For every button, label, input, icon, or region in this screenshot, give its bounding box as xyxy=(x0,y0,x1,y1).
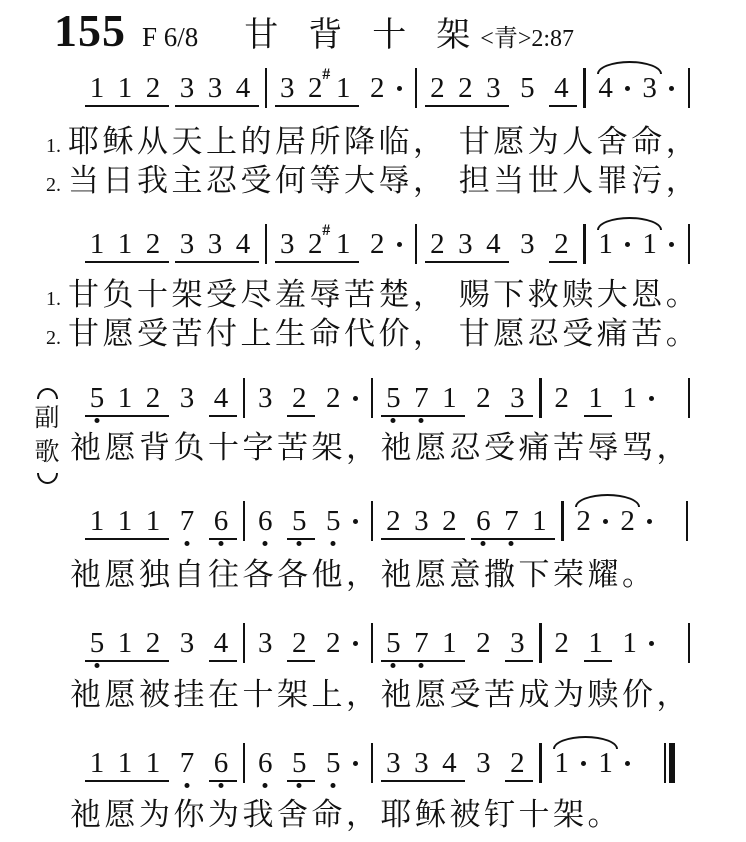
note: 2 xyxy=(425,230,449,258)
music-line-stanza-1: 11233432#122235443 xyxy=(85,60,698,108)
note-group: 6 xyxy=(253,749,281,780)
chorus-label-char-2: 歌 xyxy=(34,436,59,470)
verse-number: 2. xyxy=(46,327,61,349)
lyric-text: 甘愿受苦付上生命代价， 甘愿忍受痛苦。 xyxy=(68,316,700,351)
beamed-note-group: 234 xyxy=(425,230,509,263)
note: 2 xyxy=(141,629,165,657)
note: 3 xyxy=(515,230,539,258)
note: #1 xyxy=(331,74,355,102)
final-barline xyxy=(664,743,675,783)
hymn-number: 155 xyxy=(54,4,126,57)
final-barline-thick xyxy=(669,743,675,783)
low-octave-dot-icon xyxy=(263,783,268,788)
barline xyxy=(539,378,541,418)
note: 2 xyxy=(550,629,574,657)
music-line-chorus-3: 5123432257123211 xyxy=(85,615,698,663)
verse-number: 1. xyxy=(46,288,61,310)
note: 7 xyxy=(499,507,523,535)
note: 2 xyxy=(287,384,311,412)
lyric-text: 祂愿为你为我舍命，耶稣被钉十架。 xyxy=(70,797,622,832)
beamed-note-group: 111 xyxy=(85,507,169,540)
barline xyxy=(688,623,690,663)
note: 5 xyxy=(515,74,539,102)
note: 5 xyxy=(321,749,345,777)
note: 1 xyxy=(113,629,137,657)
note: 2 xyxy=(321,629,345,657)
note: 1 xyxy=(113,230,137,258)
beamed-note-group: 32#1 xyxy=(275,74,359,107)
beamed-note-group: 112 xyxy=(85,230,169,263)
barline xyxy=(583,224,585,264)
note: 5 xyxy=(85,384,109,412)
note: 1 xyxy=(85,749,109,777)
beamed-note-group: 6 xyxy=(209,749,237,782)
low-octave-dot-icon xyxy=(419,663,424,668)
lyric-verse-1: 1.耶稣从天上的居所降临， 甘愿为人舍命， xyxy=(46,122,700,166)
key-and-meter: F 6/8 xyxy=(142,22,198,53)
beamed-note-group: 5 xyxy=(287,749,315,782)
augmentation-dot xyxy=(393,230,405,258)
note-group: 6 xyxy=(253,507,281,538)
note-group: 2 xyxy=(365,230,409,261)
beamed-note-group: 112 xyxy=(85,74,169,107)
barline xyxy=(688,68,690,108)
note: 5 xyxy=(321,507,345,535)
augmentation-dot xyxy=(622,74,634,102)
note: 3 xyxy=(471,749,495,777)
barline xyxy=(371,743,373,783)
beamed-note-group: 571 xyxy=(381,629,465,662)
lyric-chorus-3: 祂愿被挂在十架上，祂愿受苦成为赎价， xyxy=(70,675,691,715)
note: 3 xyxy=(275,74,299,102)
lyric-text: 甘负十架受尽羞辱苦楚， 赐下救赎大恩。 xyxy=(68,277,700,312)
augmentation-dot-icon xyxy=(625,86,630,91)
note-group: 5 xyxy=(321,749,365,780)
note: 7 xyxy=(409,629,433,657)
augmentation-dot xyxy=(349,629,361,657)
note: 2 xyxy=(287,629,311,657)
note: 5 xyxy=(287,507,311,535)
beamed-note-group: 334 xyxy=(175,230,259,263)
note: 7 xyxy=(175,507,199,535)
hymn-title: 甘背十架 xyxy=(244,7,500,56)
note-group: 11 xyxy=(594,230,682,261)
note: 1 xyxy=(594,749,618,777)
note: 3 xyxy=(203,74,227,102)
augmentation-dot xyxy=(622,230,634,258)
low-octave-dot-icon xyxy=(95,418,100,423)
note: 2 xyxy=(321,384,345,412)
barline xyxy=(243,743,245,783)
beamed-note-group: 111 xyxy=(85,749,169,782)
note: 4 xyxy=(549,74,573,102)
barline xyxy=(561,501,563,541)
note: 2 xyxy=(437,507,461,535)
beamed-note-group: 5 xyxy=(287,507,315,540)
note: 3 xyxy=(409,507,433,535)
beamed-note-group: 6 xyxy=(209,507,237,540)
beamed-note-group: 4 xyxy=(209,384,237,417)
note: 7 xyxy=(175,749,199,777)
lyric-verse-2: 2.当日我主忍受何等大辱， 担当世人罪污， xyxy=(46,161,700,205)
barline xyxy=(243,623,245,663)
note: 1 xyxy=(527,507,551,535)
note-group: 2 xyxy=(471,384,499,415)
note: 6 xyxy=(209,749,233,777)
lyric-text: 耶稣从天上的居所降临， 甘愿为人舍命， xyxy=(68,124,700,159)
augmentation-dot-icon xyxy=(649,396,654,401)
beamed-note-group: 512 xyxy=(85,384,169,417)
beamed-note-group: 32#1 xyxy=(275,230,359,263)
augmentation-dot xyxy=(646,629,658,657)
note-group: 1 xyxy=(618,629,662,660)
music-line-stanza-2: 11233432#122343211 xyxy=(85,216,698,264)
low-octave-dot-icon xyxy=(297,783,302,788)
augmentation-dot-icon xyxy=(669,242,674,247)
note: 1 xyxy=(584,384,608,412)
note-group: 2 xyxy=(321,384,365,415)
augmentation-dot-icon xyxy=(647,519,652,524)
verse-number: 2. xyxy=(46,174,61,196)
note-group: 11 xyxy=(550,749,638,780)
low-octave-dot-icon xyxy=(219,783,224,788)
note: 1 xyxy=(113,507,137,535)
note-group: 22 xyxy=(572,507,660,538)
note-group: 2 xyxy=(471,629,499,660)
beamed-note-group: 232 xyxy=(381,507,465,540)
augmentation-dot xyxy=(646,384,658,412)
hymn-reference: <青>2:87 xyxy=(480,18,574,53)
lyric-chorus-2: 祂愿独自往各各他，祂愿意撒下荣耀。 xyxy=(70,555,657,595)
note-group: 3 xyxy=(253,384,281,415)
low-octave-dot-icon xyxy=(331,783,336,788)
augmentation-dot-icon xyxy=(581,761,586,766)
barline xyxy=(539,743,541,783)
low-octave-dot-icon xyxy=(391,418,396,423)
note: 2 xyxy=(549,230,573,258)
augmentation-dot xyxy=(644,507,656,535)
barline xyxy=(265,68,267,108)
note: 1 xyxy=(550,749,574,777)
note: 4 xyxy=(594,74,618,102)
low-octave-dot-icon xyxy=(185,783,190,788)
note-group: 2 xyxy=(365,74,409,105)
note-group: 3 xyxy=(175,384,203,415)
augmentation-dot xyxy=(622,749,634,777)
barline xyxy=(583,68,585,108)
barline xyxy=(688,224,690,264)
note: 2 xyxy=(471,384,495,412)
low-octave-dot-icon xyxy=(419,418,424,423)
note: 3 xyxy=(381,749,405,777)
note: 1 xyxy=(437,629,461,657)
beamed-note-group: 1 xyxy=(584,629,612,662)
lyric-text: 祂愿独自往各各他，祂愿意撒下荣耀。 xyxy=(70,557,657,592)
note: 1 xyxy=(113,384,137,412)
note: 2 xyxy=(453,74,477,102)
verse-number: 1. xyxy=(46,135,61,157)
note: 2 xyxy=(425,74,449,102)
beamed-note-group: 2 xyxy=(287,629,315,662)
note: 3 xyxy=(505,384,529,412)
chorus-label: 副 歌 xyxy=(29,385,65,487)
lyric-text: 祂愿被挂在十架上，祂愿受苦成为赎价， xyxy=(70,677,691,712)
barline xyxy=(371,501,373,541)
low-octave-dot-icon xyxy=(95,663,100,668)
note: 4 xyxy=(209,384,233,412)
music-line-chorus-1: 5123432257123211 xyxy=(85,370,698,418)
beamed-note-group: 223 xyxy=(425,74,509,107)
note: 3 xyxy=(175,629,199,657)
note: 2 xyxy=(616,507,640,535)
hymn-sheet-page: 155 F 6/8 甘背十架 <青>2:87 11233432#12223544… xyxy=(0,0,746,842)
beamed-note-group: 571 xyxy=(381,384,465,417)
note: 1 xyxy=(638,230,662,258)
note: 2 xyxy=(141,74,165,102)
note: 2 xyxy=(141,384,165,412)
note: 2 xyxy=(505,749,529,777)
augmentation-dot-icon xyxy=(353,641,358,646)
barline xyxy=(243,378,245,418)
vertical-paren-bottom-icon xyxy=(37,473,58,484)
note: 1 xyxy=(141,507,165,535)
note-group: 7 xyxy=(175,749,203,780)
note: 4 xyxy=(481,230,505,258)
note: 2 xyxy=(572,507,596,535)
barline xyxy=(243,501,245,541)
note: 6 xyxy=(253,507,277,535)
beamed-note-group: 2 xyxy=(549,230,577,263)
augmentation-dot-icon xyxy=(397,242,402,247)
low-octave-dot-icon xyxy=(509,541,514,546)
augmentation-dot-icon xyxy=(625,761,630,766)
note: 1 xyxy=(618,629,642,657)
note: #1 xyxy=(331,230,355,258)
note: 2 xyxy=(381,507,405,535)
note: 1 xyxy=(618,384,642,412)
lyric-chorus-4: 祂愿为你为我舍命，耶稣被钉十架。 xyxy=(70,795,622,835)
augmentation-dot xyxy=(349,384,361,412)
note-group: 5 xyxy=(515,74,543,105)
augmentation-dot xyxy=(349,749,361,777)
beamed-note-group: 334 xyxy=(381,749,465,782)
note: 2 xyxy=(365,74,389,102)
note: 3 xyxy=(253,629,277,657)
note: 4 xyxy=(231,74,255,102)
augmentation-dot xyxy=(349,507,361,535)
low-octave-dot-icon xyxy=(331,541,336,546)
note-group: 2 xyxy=(550,629,578,660)
barline xyxy=(539,623,541,663)
beamed-note-group: 671 xyxy=(471,507,555,540)
note: 3 xyxy=(409,749,433,777)
note: 2 xyxy=(471,629,495,657)
music-line-chorus-4: 111766553343211 xyxy=(85,735,683,783)
low-octave-dot-icon xyxy=(297,541,302,546)
note: 1 xyxy=(113,74,137,102)
note: 4 xyxy=(231,230,255,258)
note-group: 3 xyxy=(175,629,203,660)
hymn-header: 155 F 6/8 甘背十架 <青>2:87 xyxy=(54,4,574,57)
augmentation-dot xyxy=(578,749,590,777)
note: 1 xyxy=(584,629,608,657)
barline xyxy=(371,623,373,663)
note: 3 xyxy=(638,74,662,102)
beamed-note-group: 3 xyxy=(505,384,533,417)
beamed-note-group: 2 xyxy=(505,749,533,782)
note: 4 xyxy=(209,629,233,657)
note: 1 xyxy=(437,384,461,412)
note-group: 3 xyxy=(471,749,499,780)
note: 2 xyxy=(550,384,574,412)
augmentation-dot-icon xyxy=(397,86,402,91)
barline xyxy=(686,501,688,541)
barline xyxy=(415,68,417,108)
barline xyxy=(415,224,417,264)
note: 5 xyxy=(381,384,405,412)
low-octave-dot-icon xyxy=(391,663,396,668)
low-octave-dot-icon xyxy=(263,541,268,546)
note-group: 43 xyxy=(594,74,682,105)
note-group: 3 xyxy=(253,629,281,660)
beamed-note-group: 3 xyxy=(505,629,533,662)
beamed-note-group: 512 xyxy=(85,629,169,662)
note: 7 xyxy=(409,384,433,412)
note: 6 xyxy=(209,507,233,535)
sharp-icon: # xyxy=(322,67,330,83)
note: 3 xyxy=(481,74,505,102)
augmentation-dot-icon xyxy=(353,519,358,524)
barline xyxy=(688,378,690,418)
music-line-chorus-2: 1117665523267122 xyxy=(85,493,696,541)
note: 3 xyxy=(175,230,199,258)
note: 5 xyxy=(85,629,109,657)
beamed-note-group: 4 xyxy=(549,74,577,107)
note: 2 xyxy=(365,230,389,258)
note-group: 5 xyxy=(321,507,365,538)
augmentation-dot-icon xyxy=(625,242,630,247)
note: 6 xyxy=(253,749,277,777)
augmentation-dot xyxy=(666,74,678,102)
note: 3 xyxy=(505,629,529,657)
beamed-note-group: 4 xyxy=(209,629,237,662)
lyric-text: 祂愿背负十字苦架，祂愿忍受痛苦辱骂， xyxy=(70,430,691,465)
note-group: 3 xyxy=(515,230,543,261)
lyric-verse-1b: 1.甘负十架受尽羞辱苦楚， 赐下救赎大恩。 xyxy=(46,275,700,319)
augmentation-dot-icon xyxy=(353,761,358,766)
augmentation-dot xyxy=(393,74,405,102)
note: 1 xyxy=(113,749,137,777)
note: 3 xyxy=(175,384,199,412)
augmentation-dot-icon xyxy=(603,519,608,524)
lyric-verse-2b: 2.甘愿受苦付上生命代价， 甘愿忍受痛苦。 xyxy=(46,314,700,358)
note: 5 xyxy=(287,749,311,777)
note-group: 2 xyxy=(550,384,578,415)
barline xyxy=(371,378,373,418)
note: 3 xyxy=(253,384,277,412)
note-group: 7 xyxy=(175,507,203,538)
note: 3 xyxy=(175,74,199,102)
lyric-text: 当日我主忍受何等大辱， 担当世人罪污， xyxy=(68,163,700,198)
augmentation-dot-icon xyxy=(669,86,674,91)
augmentation-dot-icon xyxy=(649,641,654,646)
note: 1 xyxy=(85,230,109,258)
augmentation-dot xyxy=(666,230,678,258)
note: 3 xyxy=(203,230,227,258)
note: 4 xyxy=(437,749,461,777)
note: 3 xyxy=(275,230,299,258)
lyric-chorus-1: 祂愿背负十字苦架，祂愿忍受痛苦辱骂， xyxy=(70,428,691,468)
barline xyxy=(265,224,267,264)
beamed-note-group: 1 xyxy=(584,384,612,417)
chorus-label-char-1: 副 xyxy=(34,402,59,436)
note: 2 xyxy=(141,230,165,258)
sharp-icon: # xyxy=(322,223,330,239)
note: 1 xyxy=(85,74,109,102)
beamed-note-group: 334 xyxy=(175,74,259,107)
note: 1 xyxy=(594,230,618,258)
final-barline-thin xyxy=(664,743,666,783)
note-group: 2 xyxy=(321,629,365,660)
low-octave-dot-icon xyxy=(219,541,224,546)
vertical-paren-top-icon xyxy=(37,388,58,399)
low-octave-dot-icon xyxy=(481,541,486,546)
note: 5 xyxy=(381,629,405,657)
note: 1 xyxy=(85,507,109,535)
augmentation-dot-icon xyxy=(353,396,358,401)
note: 6 xyxy=(471,507,495,535)
low-octave-dot-icon xyxy=(185,541,190,546)
note-group: 1 xyxy=(618,384,662,415)
note: 3 xyxy=(453,230,477,258)
beamed-note-group: 2 xyxy=(287,384,315,417)
augmentation-dot xyxy=(600,507,612,535)
note: 1 xyxy=(141,749,165,777)
